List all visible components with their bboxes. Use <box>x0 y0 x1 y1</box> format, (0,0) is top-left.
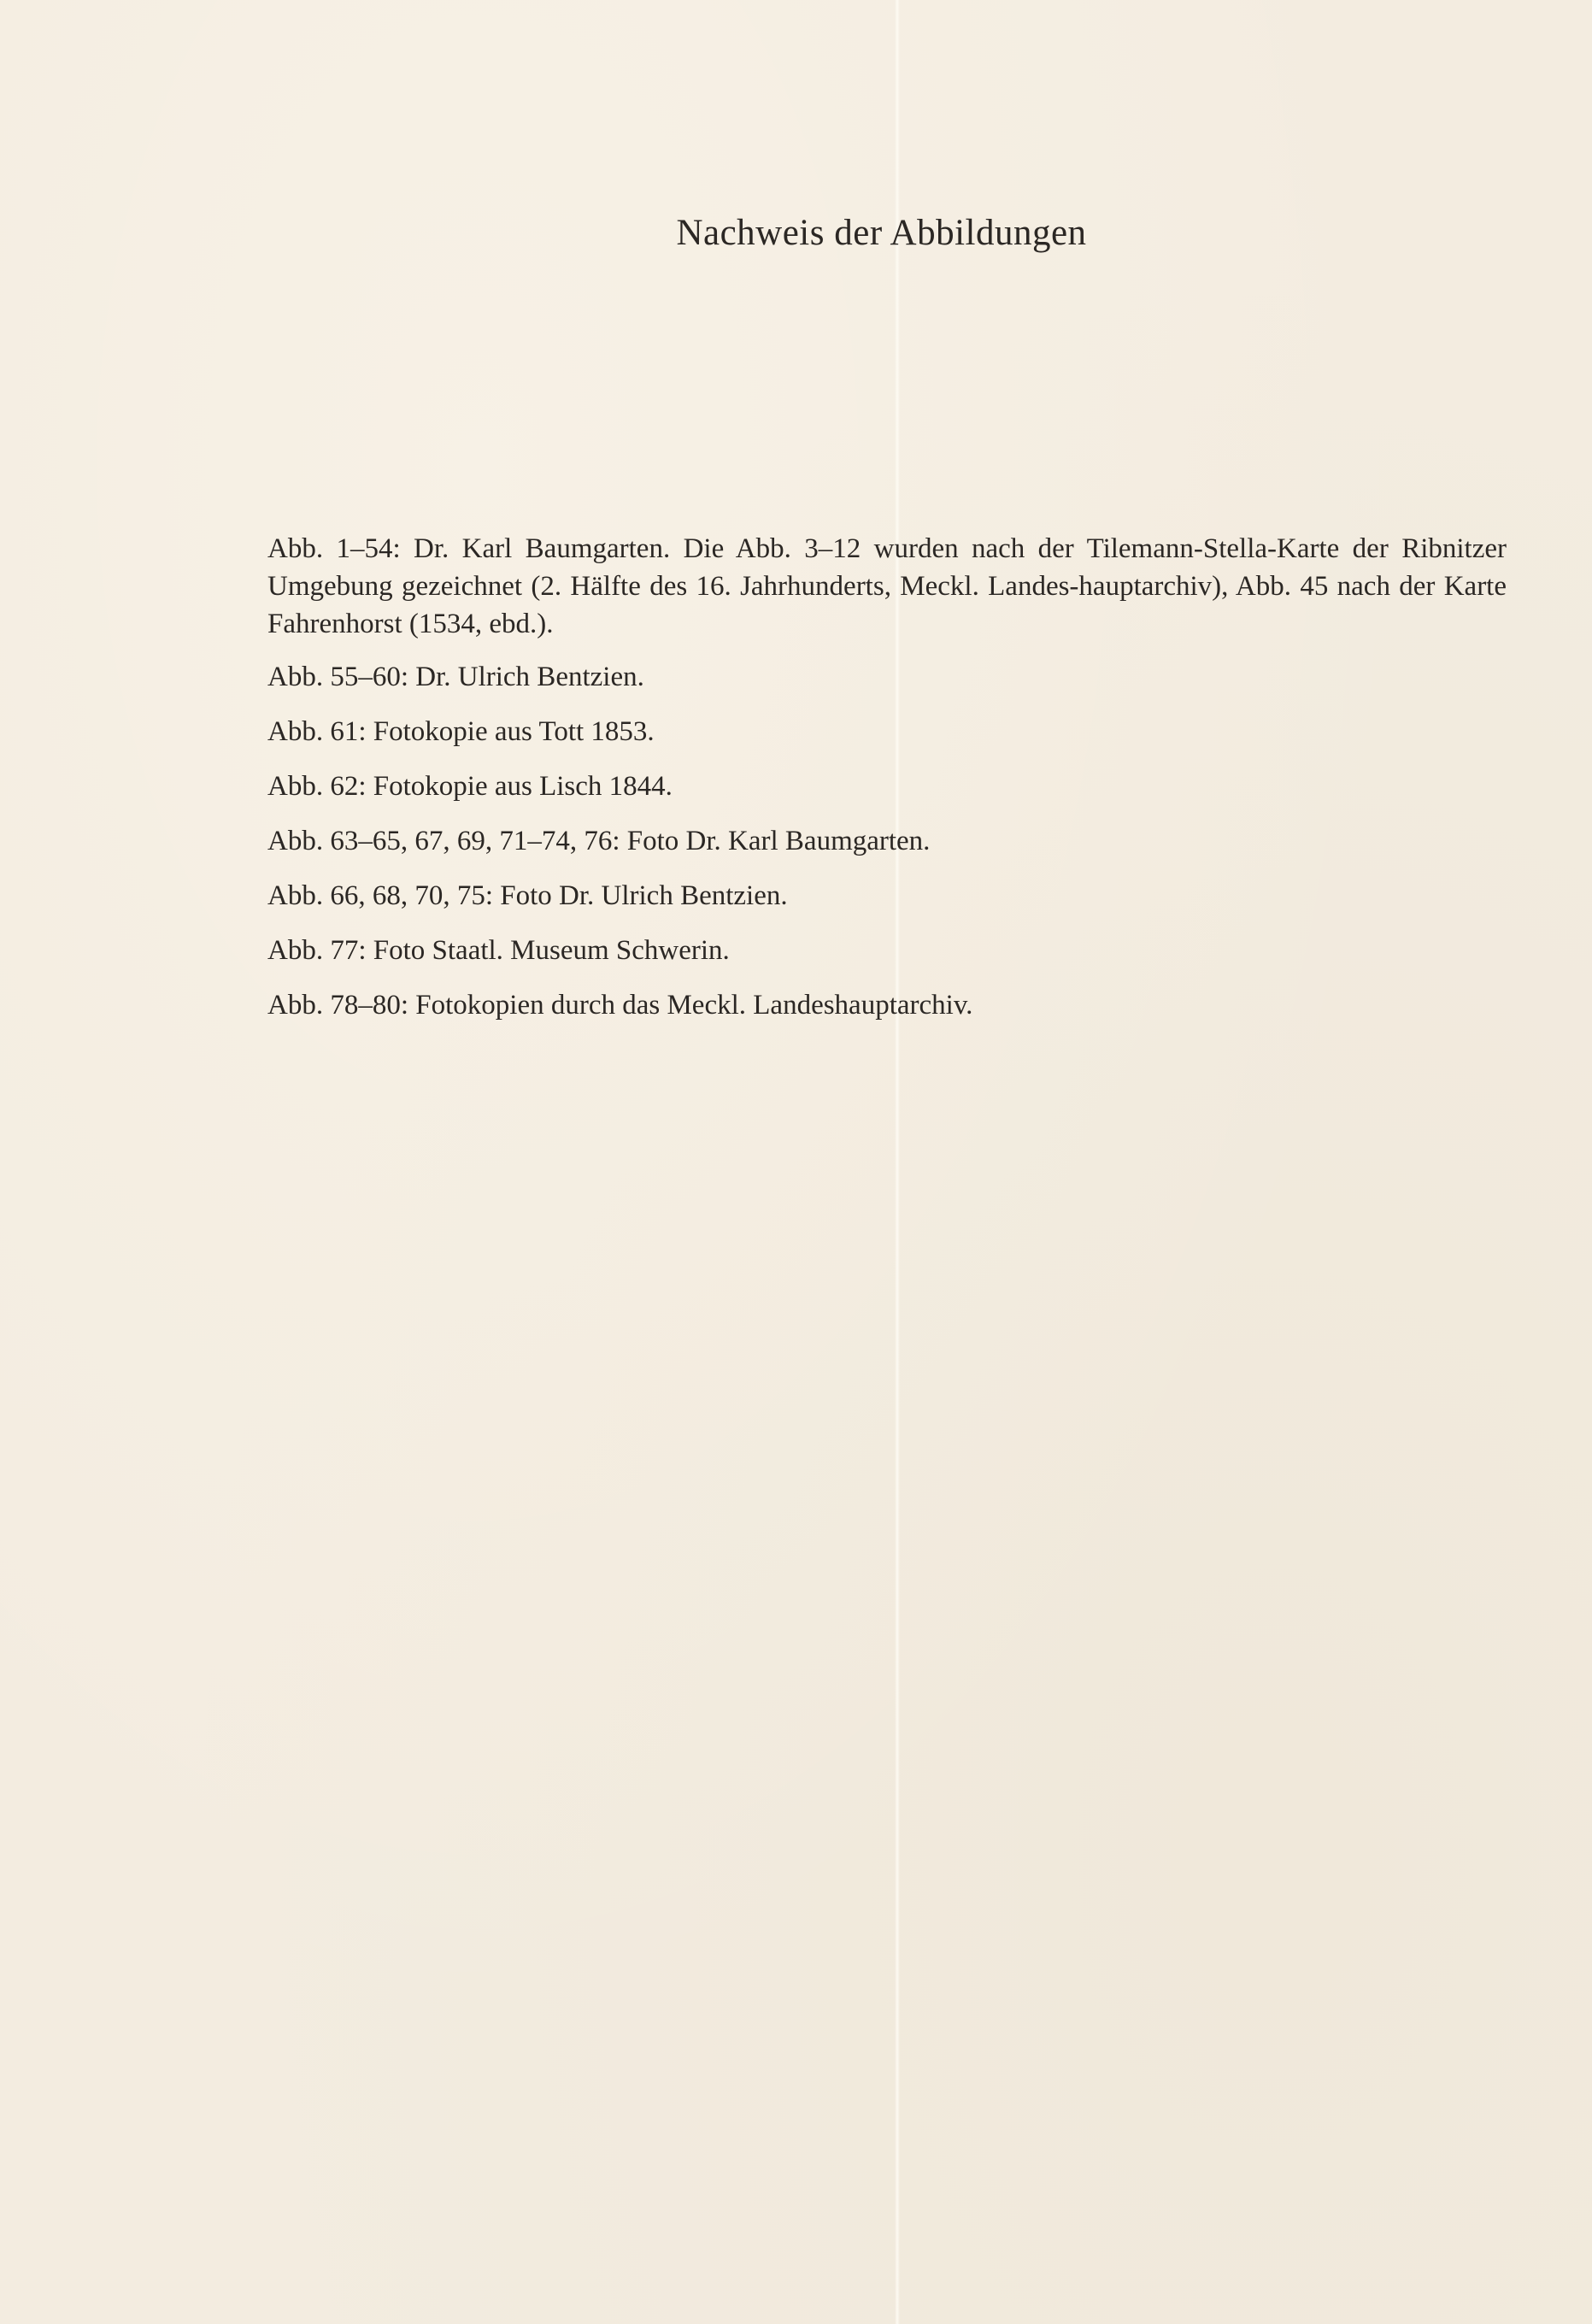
credit-entry-abb-66-75: Abb. 66, 68, 70, 75: Foto Dr. Ulrich Ben… <box>267 877 1507 915</box>
credit-entry-abb-1-54: Abb. 1–54: Dr. Karl Baumgarten. Die Abb.… <box>267 530 1507 643</box>
credit-entry-abb-62: Abb. 62: Fotokopie aus Lisch 1844. <box>267 768 1507 805</box>
credit-entry-abb-61: Abb. 61: Fotokopie aus Tott 1853. <box>267 713 1507 750</box>
paper-background <box>0 0 1592 2324</box>
page-fold-line <box>895 0 900 2324</box>
page-title: Nachweis der Abbildungen <box>0 212 1592 254</box>
credit-entry-abb-77: Abb. 77: Foto Staatl. Museum Schwerin. <box>267 932 1507 969</box>
credit-entry-abb-55-60: Abb. 55–60: Dr. Ulrich Bentzien. <box>267 658 1507 696</box>
figure-credits-list: Abb. 1–54: Dr. Karl Baumgarten. Die Abb.… <box>267 530 1507 1041</box>
credit-entry-abb-63-76: Abb. 63–65, 67, 69, 71–74, 76: Foto Dr. … <box>267 822 1507 860</box>
credit-entry-abb-78-80: Abb. 78–80: Fotokopien durch das Meckl. … <box>267 986 1507 1024</box>
